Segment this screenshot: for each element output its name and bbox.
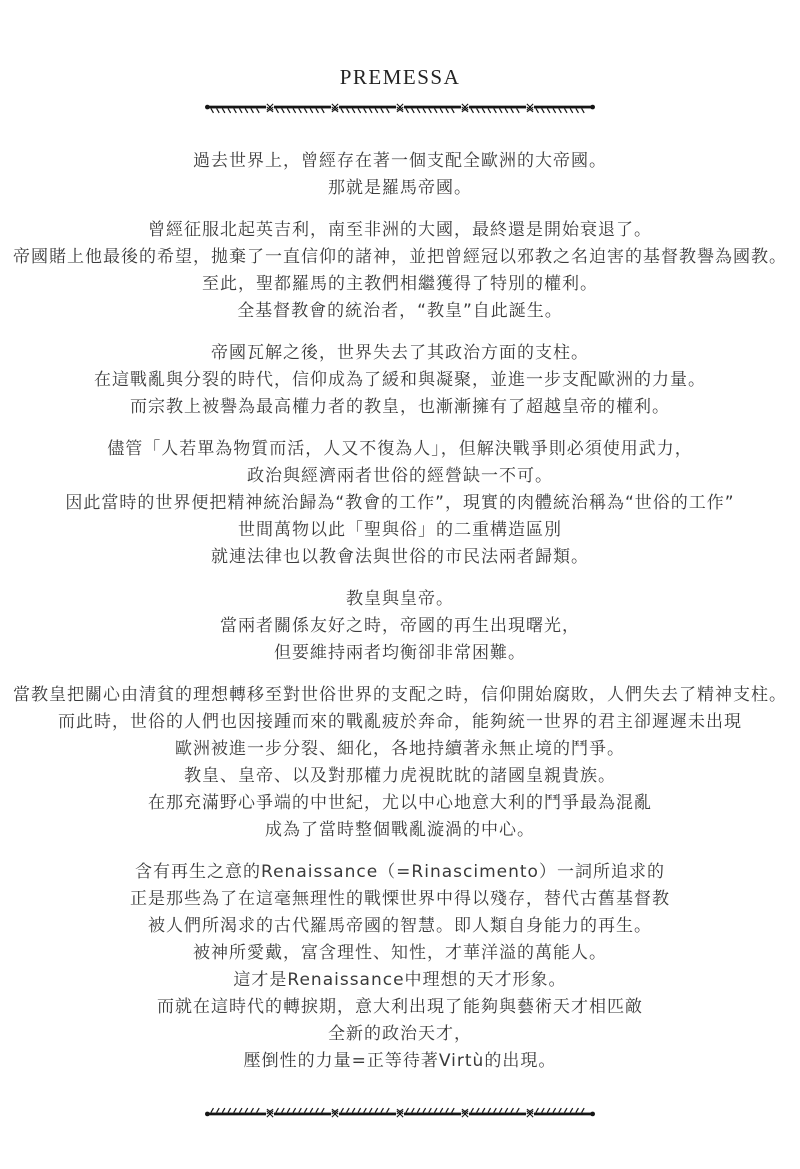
text-line: 當兩者關係友好之時，帝國的再生出現曙光， [0, 613, 800, 640]
text-line: 壓倒性的力量=正等待著Virtù的出現。 [0, 1048, 800, 1075]
page-title: PREMESSA [0, 0, 800, 88]
text-line: 而就在這時代的轉捩期，意大利出現了能夠與藝術天才相匹敵 [0, 994, 800, 1021]
text-line: 含有再生之意的Renaissance（=Rinascimento）一詞所追求的 [0, 859, 800, 886]
text-line: 當教皇把關心由清貧的理想轉移至對世俗世界的支配之時，信仰開始腐敗，人們失去了精神… [0, 682, 800, 709]
text-line: 歐洲被進一步分裂、細化，各地持續著永無止境的鬥爭。 [0, 736, 800, 763]
paragraph-1: 過去世界上，曾經存在著一個支配全歐洲的大帝國。 那就是羅馬帝國。 [0, 148, 800, 202]
text-line: 而宗教上被譽為最高權力者的教皇，也漸漸擁有了超越皇帝的權利。 [0, 394, 800, 421]
text-line: 正是那些為了在這毫無理性的戰慄世界中得以殘存，替代古舊基督教 [0, 886, 800, 913]
ornamental-rule-icon [205, 1103, 595, 1118]
text-line: 而此時，世俗的人們也因接踵而來的戰亂疲於奔命，能夠統一世界的君主卻遲遲未出現 [0, 709, 800, 736]
text-line: 成為了當時整個戰亂漩渦的中心。 [0, 817, 800, 844]
text-line: 世間萬物以此「聖與俗」的二重構造區別 [0, 517, 800, 544]
paragraph-5: 教皇與皇帝。 當兩者關係友好之時，帝國的再生出現曙光， 但要維持兩者均衡卻非常困… [0, 586, 800, 667]
text-line: 曾經征服北起英吉利，南至非洲的大國，最終還是開始衰退了。 [0, 217, 800, 244]
text-line: 全基督教會的統治者，“教皇”自此誕生。 [0, 298, 800, 325]
paragraph-7: 含有再生之意的Renaissance（=Rinascimento）一詞所追求的 … [0, 859, 800, 1075]
text-line: 儘管「人若單為物質而活，人又不復為人」，但解決戰爭則必須使用武力， [0, 436, 800, 463]
text-line: 被人們所渴求的古代羅馬帝國的智慧。即人類自身能力的再生。 [0, 913, 800, 940]
text-line: 至此，聖都羅馬的主教們相繼獲得了特別的權利。 [0, 271, 800, 298]
text-line: 但要維持兩者均衡卻非常困難。 [0, 640, 800, 667]
text-line: 過去世界上，曾經存在著一個支配全歐洲的大帝國。 [0, 148, 800, 175]
text-line: 教皇與皇帝。 [0, 586, 800, 613]
text-line: 在這戰亂與分裂的時代，信仰成為了緩和與凝聚，並進一步支配歐洲的力量。 [0, 367, 800, 394]
ornamental-divider-top [0, 103, 800, 118]
text-line: 這才是Renaissance中理想的天才形象。 [0, 967, 800, 994]
ornamental-rule-icon [205, 103, 595, 118]
text-line: 全新的政治天才， [0, 1021, 800, 1048]
text-line: 政治與經濟兩者世俗的經營缺一不可。 [0, 463, 800, 490]
document-page: PREMESSA [0, 0, 800, 1169]
text-line: 帝國瓦解之後，世界失去了其政治方面的支柱。 [0, 340, 800, 367]
paragraph-2: 曾經征服北起英吉利，南至非洲的大國，最終還是開始衰退了。 帝國賭上他最後的希望，… [0, 217, 800, 325]
ornamental-divider-bottom [0, 1103, 800, 1118]
text-line: 教皇、皇帝、以及對那權力虎視眈眈的諸國皇親貴族。 [0, 763, 800, 790]
text-line: 因此當時的世界便把精神統治歸為“教會的工作”，現實的肉體統治稱為“世俗的工作” [0, 490, 800, 517]
text-line: 就連法律也以教會法與世俗的市民法兩者歸類。 [0, 544, 800, 571]
paragraph-6: 當教皇把關心由清貧的理想轉移至對世俗世界的支配之時，信仰開始腐敗，人們失去了精神… [0, 682, 800, 844]
text-line: 那就是羅馬帝國。 [0, 175, 800, 202]
text-line: 被神所愛戴，富含理性、知性，才華洋溢的萬能人。 [0, 940, 800, 967]
text-line: 帝國賭上他最後的希望，拋棄了一直信仰的諸神，並把曾經冠以邪教之名迫害的基督教譽為… [0, 244, 800, 271]
paragraph-3: 帝國瓦解之後，世界失去了其政治方面的支柱。 在這戰亂與分裂的時代，信仰成為了緩和… [0, 340, 800, 421]
paragraph-4: 儘管「人若單為物質而活，人又不復為人」，但解決戰爭則必須使用武力， 政治與經濟兩… [0, 436, 800, 571]
preface-text: 過去世界上，曾經存在著一個支配全歐洲的大帝國。 那就是羅馬帝國。 曾經征服北起英… [0, 148, 800, 1075]
text-line: 在那充滿野心爭端的中世紀，尤以中心地意大利的鬥爭最為混亂 [0, 790, 800, 817]
